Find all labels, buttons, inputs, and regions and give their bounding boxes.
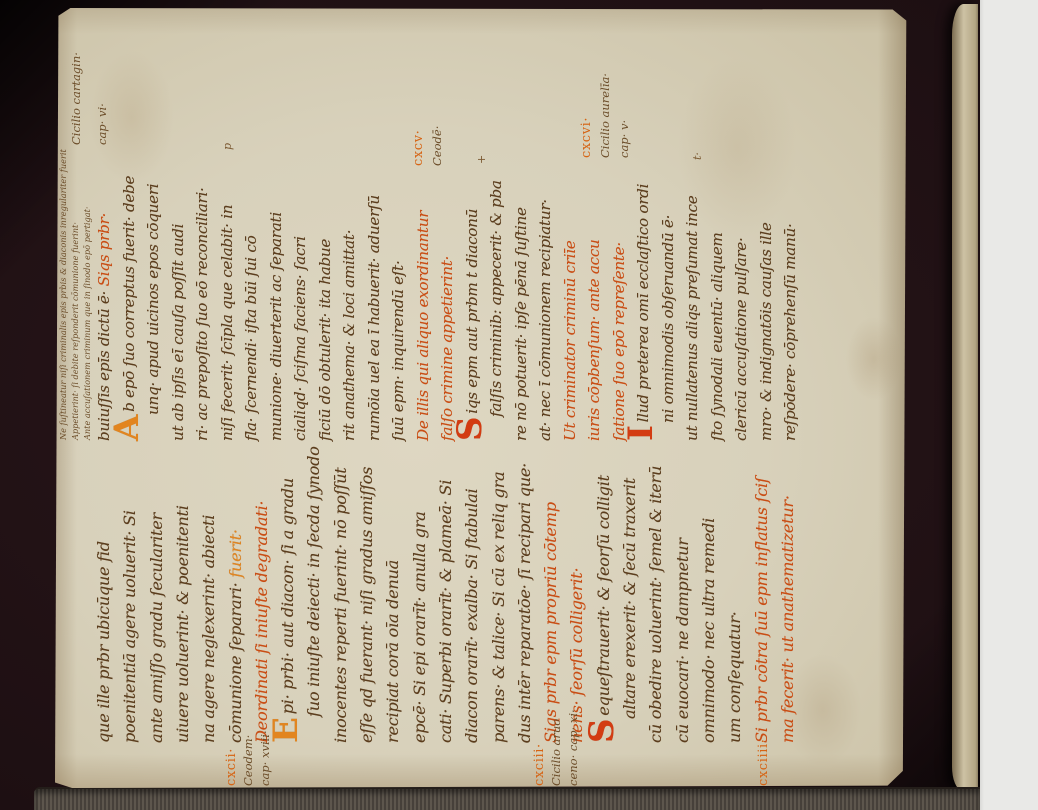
chapter-number-block: cxcii·Ceodem·cap· xviii· bbox=[223, 730, 274, 786]
manuscript-line: omnimodo· nec ultra remedi bbox=[698, 518, 720, 743]
manuscript-line: ſatione ſuo epō repreſente· bbox=[608, 242, 630, 441]
manuscript-line: altare erexerit· & ſecū traxerit bbox=[619, 478, 641, 743]
manuscript-line: reſpōdere· cōprehenſū manū· bbox=[779, 224, 801, 442]
manuscript-line: falſo crimine appetierint· bbox=[436, 256, 458, 441]
manuscript-line: ſto ſynodali euentū· aliquem bbox=[706, 233, 728, 441]
manuscript-line: re nō potuerit· ipſe pēnā ſuſtine bbox=[510, 207, 532, 441]
digitization-sidebar: gefördert durch Baden-Württemberg http:/… bbox=[980, 0, 1038, 810]
manuscript-page: Ne ſuſtineatur niſi criminalis epis prbi… bbox=[55, 8, 908, 788]
chapter-number: cxciiii· bbox=[755, 739, 772, 786]
pen-mark: p bbox=[221, 143, 234, 150]
manuscript-line: fla· ſcernendi· iſta būi ſui cō bbox=[240, 236, 262, 441]
manuscript-line: um conſequatur· bbox=[724, 612, 746, 743]
manuscript-line: Si prbr cōtra ſuū epm inflatus ſciſ bbox=[751, 477, 773, 743]
margin-note-line: Cicilio aurelīa· bbox=[596, 73, 615, 158]
manuscript-line: cōmunione ſeparari· fuerit· bbox=[225, 529, 247, 743]
manuscript-line: ſuo iniuſte deiecti· in ſecda ſynodo bbox=[303, 446, 325, 743]
margin-note-line: Ceodē· bbox=[428, 126, 447, 166]
manuscript-line: ante amiſſo gradu ſeculariter bbox=[146, 513, 168, 743]
manuscript-line: at· nec ī cōmunionem recipiatur· bbox=[534, 199, 556, 441]
chapter-number: cxcii· bbox=[223, 730, 240, 786]
manuscript-line: recipiat corā oīa denuā bbox=[382, 560, 404, 743]
chapter-initial: I bbox=[632, 425, 650, 441]
margin-note-line: Cicilio aruo bbox=[548, 709, 565, 786]
book-block-edge bbox=[34, 787, 980, 810]
scan-viewer: Ne ſuſtineatur niſi criminalis epis prbi… bbox=[0, 0, 1038, 810]
gloss-line: Ante accuſationem criminum que in ſinodo… bbox=[82, 140, 94, 440]
manuscript-line: Epi· prbi· aut diacon· ſi a gradu bbox=[277, 478, 299, 743]
manuscript-line: epcē· Si epi orarīt· anulla gra bbox=[409, 511, 431, 743]
manuscript-line: poenitentiā agere uoluerit· Si bbox=[119, 510, 141, 743]
manuscript-line: ri· ac prepoſito ſuo eō reconciliari· bbox=[191, 187, 213, 441]
manuscript-line: rumōia uel ea ī habuerit· aduerſū bbox=[363, 195, 385, 441]
manuscript-line: Siqs prbr epm propriū cōtemp bbox=[540, 502, 562, 743]
text-column-b: buiuſſis epīs dictū ē· Siqs prbr·Ab epō … bbox=[93, 153, 807, 441]
chapter-number: cxcv· bbox=[409, 126, 428, 166]
manuscript-line: ma fecerit· ut anathematizetur· bbox=[777, 495, 799, 743]
manuscript-line: clericū accuſatione pulſare· bbox=[730, 237, 752, 441]
pen-mark: t· bbox=[691, 152, 704, 160]
chapter-number: cxciii· bbox=[531, 709, 548, 786]
chapter-initial: S bbox=[461, 417, 479, 441]
manuscript-line: ni omnimodis obſeruandū ē· bbox=[657, 215, 679, 441]
chapter-number-block: cxciiii· bbox=[755, 739, 772, 786]
manuscript-line: uiuere uoluerint· & poenitenti bbox=[172, 505, 194, 743]
chapter-number-block: cxcv·Ceodē· bbox=[409, 126, 447, 166]
margin-note-line: Cicilio cartagin· bbox=[63, 52, 89, 145]
under-pages-edge bbox=[952, 4, 978, 790]
manuscript-line: Ab epō ſuo correptus fuerit· debe bbox=[118, 176, 140, 441]
manuscript-line: munione· diuerterit ac ſeparati bbox=[265, 212, 287, 441]
manuscript-line: niſi fecerit· ſcīpla que celabit· in bbox=[216, 205, 238, 441]
manuscript-line: na agere neglexerint· abiecti bbox=[198, 515, 220, 743]
manuscript-line: mro· & indignatōis cauſas ille bbox=[755, 222, 777, 441]
manuscript-line: ut ab ipſis eī cauſa poſſit audi bbox=[167, 224, 189, 441]
manuscript-line: parens· & talice· Si cū ex reliq gra bbox=[488, 472, 510, 743]
manuscript-line: ficiū dō obtulerit· ita habue bbox=[314, 239, 336, 441]
manuscript-line: falſis criminib: appecerit· & pba bbox=[485, 180, 507, 441]
chapter-initial: S bbox=[593, 719, 611, 743]
manuscript-line: Illud preterea omī ecclaſtico ordi bbox=[632, 184, 654, 441]
manuscript-line: buiuſſis epīs dictū ē· Siqs prbr· bbox=[93, 213, 115, 441]
margin-note-line: cap· xviii· bbox=[257, 730, 274, 786]
margin-note: Cicilio cartagin·cap· vi· bbox=[63, 52, 115, 145]
manuscript-line: diacon orarīt· exalba· Si ſtabulai bbox=[461, 489, 483, 743]
manuscript-line: que ille prbr ubicūque fid bbox=[93, 541, 115, 743]
margin-note-line: Ceodem· bbox=[240, 730, 257, 786]
manuscript-line: De illis qui aliquo exordinantur bbox=[412, 211, 434, 441]
chapter-number: cxcvi· bbox=[577, 73, 596, 158]
manuscript-line: eſſe qd fuerant· niſi gradus amiſſos bbox=[356, 467, 378, 743]
manuscript-line: Siqs epm aut prbm t diaconū bbox=[461, 209, 483, 441]
manuscript-line: cati· Superbi orarīt· & plameā· Si bbox=[435, 480, 457, 743]
manuscript-line: iuris cōpbenſum· ante accu bbox=[583, 239, 605, 441]
chapter-number-block: cxcvi·Cicilio aurelīa·cap· v· bbox=[577, 73, 634, 158]
chapter-initial: E bbox=[277, 717, 295, 743]
manuscript-line: ſuū epm· inquirendū eſt· bbox=[387, 261, 409, 441]
manuscript-line: dus intēr reparatōe· ſī recipari que· bbox=[514, 463, 536, 743]
manuscript-line: unq· apud uicinos epos cōqueri bbox=[142, 184, 164, 441]
manuscript-line: cū obedire uoluerint· ſemel & iterū bbox=[645, 466, 667, 743]
text-column-a: que ille prbr ubicūque fidpoenitentiā ag… bbox=[93, 441, 807, 743]
manuscript-line: Sequeſtrauerit· & ſeorſū colligit bbox=[593, 475, 615, 743]
manuscript-line: Deordinati ſi iniuſte degradati· bbox=[251, 501, 273, 743]
margin-note-line: ceno· cap· xi· bbox=[565, 709, 582, 786]
manuscript-line: cū euocari· ne dampnetur bbox=[672, 538, 694, 743]
gloss-line: Appetierint· ſi debite reſponderit cōmun… bbox=[70, 140, 82, 440]
top-gloss: Ne ſuſtineatur niſi criminalis epis prbi… bbox=[58, 140, 93, 440]
chapter-number-block: cxciii·Cicilio aruoceno· cap· xi· bbox=[531, 709, 582, 786]
manuscript-line: inocentes reperti fuerint· nō poſſūt bbox=[330, 468, 352, 743]
manuscript-line: rit anathema· & loci amittat· bbox=[338, 230, 360, 441]
manuscript-line: cialiqd· ſciſma faciens· ſacri bbox=[289, 236, 311, 441]
gloss-line: Ne ſuſtineatur niſi criminalis epis prbi… bbox=[58, 140, 70, 440]
manuscript-line: Ut criminator criminū criīe bbox=[559, 241, 581, 441]
pen-mark: + bbox=[475, 155, 488, 164]
margin-note-line: cap· vi· bbox=[89, 52, 115, 145]
manuscript-line: ut nullatenus aliqs preſumat ince bbox=[681, 196, 703, 441]
margin-note-line: cap· v· bbox=[615, 73, 634, 158]
chapter-initial: A bbox=[118, 415, 136, 441]
